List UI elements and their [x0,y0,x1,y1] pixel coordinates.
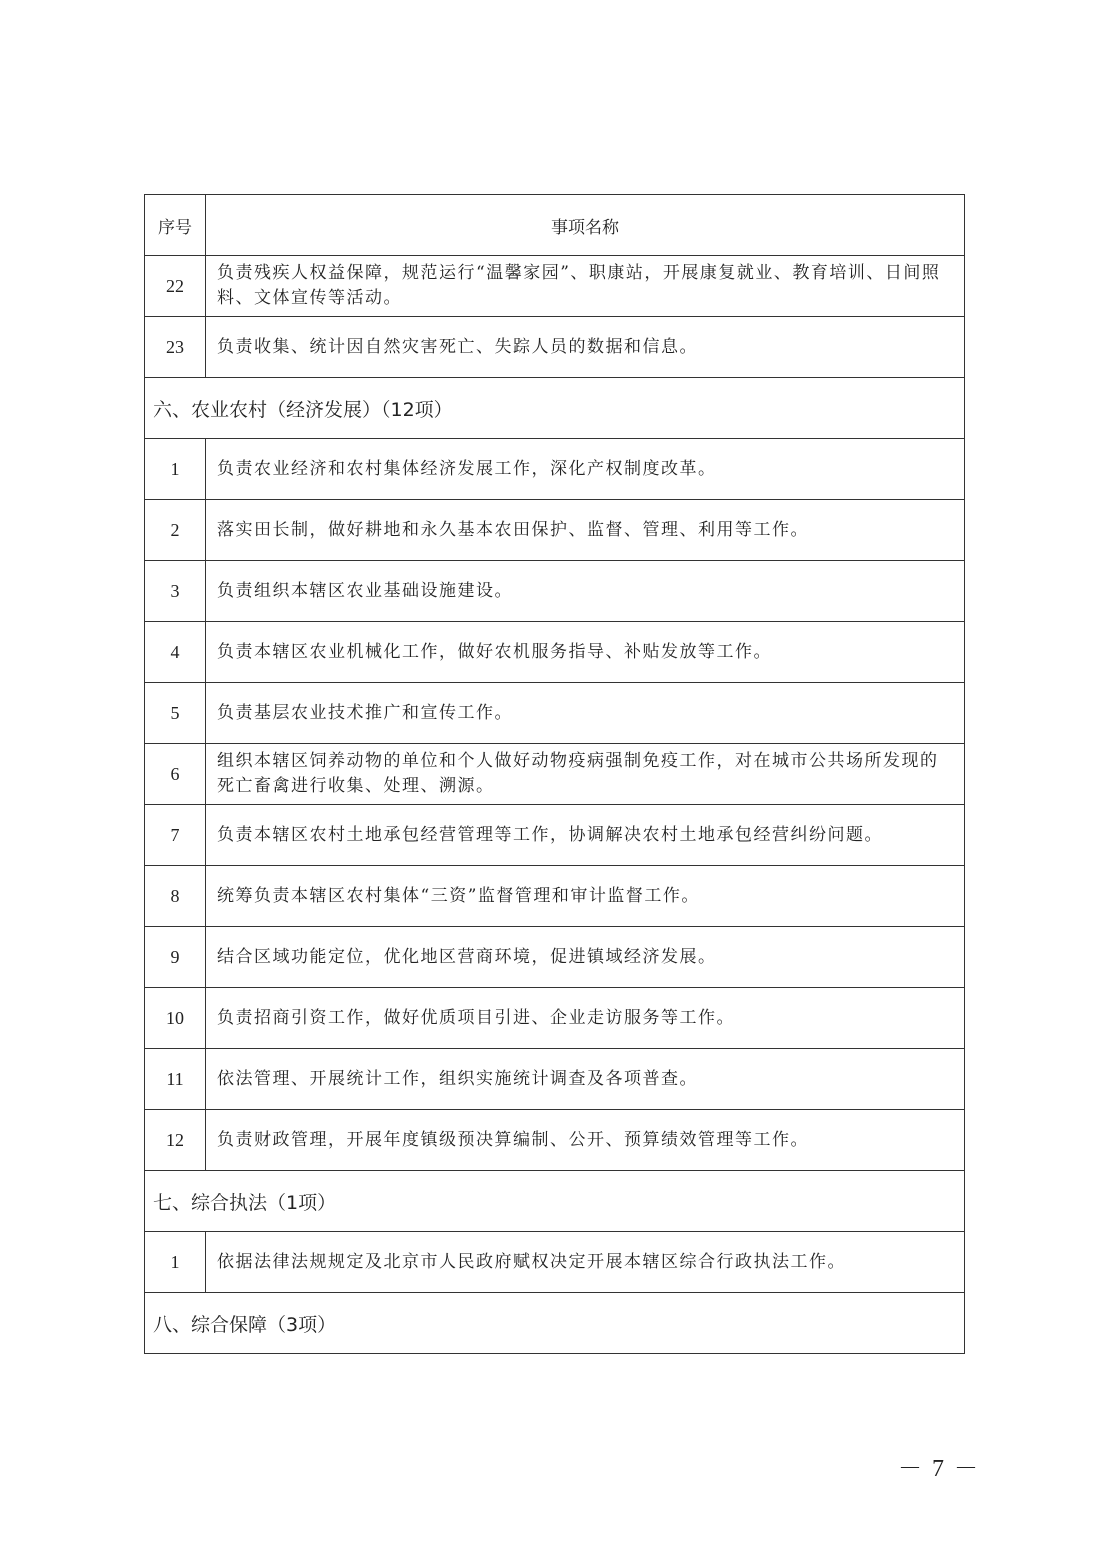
row-text: 依据法律法规规定及北京市人民政府赋权决定开展本辖区综合行政执法工作。 [206,1232,965,1293]
row-no: 3 [145,561,206,622]
row-text: 负责本辖区农业机械化工作，做好农机服务指导、补贴发放等工作。 [206,622,965,683]
table-row: 5负责基层农业技术推广和宣传工作。 [145,683,965,744]
row-no: 11 [145,1049,206,1110]
table-row: 7负责本辖区农村土地承包经营管理等工作，协调解决农村土地承包经营纠纷问题。 [145,805,965,866]
table-row: 9结合区域功能定位，优化地区营商环境，促进镇域经济发展。 [145,927,965,988]
table-row: 22 负责残疾人权益保障，规范运行“温馨家园”、职康站，开展康复就业、教育培训、… [145,256,965,317]
table-row: 2落实田长制，做好耕地和永久基本农田保护、监督、管理、利用等工作。 [145,500,965,561]
table-row: 4负责本辖区农业机械化工作，做好农机服务指导、补贴发放等工作。 [145,622,965,683]
row-text: 负责农业经济和农村集体经济发展工作，深化产权制度改革。 [206,439,965,500]
row-text: 负责收集、统计因自然灾害死亡、失踪人员的数据和信息。 [206,317,965,378]
row-text: 负责招商引资工作，做好优质项目引进、企业走访服务等工作。 [206,988,965,1049]
section-title: 八、综合保障（3项） [145,1293,965,1354]
table-header-row: 序号 事项名称 [145,195,965,256]
row-text: 负责基层农业技术推广和宣传工作。 [206,683,965,744]
row-no: 1 [145,1232,206,1293]
section-heading-8: 八、综合保障（3项） [145,1293,965,1354]
table-row: 11依法管理、开展统计工作，组织实施统计调查及各项普查。 [145,1049,965,1110]
table-row: 1负责农业经济和农村集体经济发展工作，深化产权制度改革。 [145,439,965,500]
row-no: 1 [145,439,206,500]
row-text: 负责财政管理，开展年度镇级预决算编制、公开、预算绩效管理等工作。 [206,1110,965,1171]
row-no: 6 [145,744,206,805]
section-title: 六、农业农村（经济发展）（12项） [145,378,965,439]
row-no: 2 [145,500,206,561]
row-text: 结合区域功能定位，优化地区营商环境，促进镇域经济发展。 [206,927,965,988]
row-no: 8 [145,866,206,927]
row-text: 统筹负责本辖区农村集体“三资”监督管理和审计监督工作。 [206,866,965,927]
row-text: 依法管理、开展统计工作，组织实施统计调查及各项普查。 [206,1049,965,1110]
table-row: 6组织本辖区饲养动物的单位和个人做好动物疫病强制免疫工作，对在城市公共场所发现的… [145,744,965,805]
table-row: 12负责财政管理，开展年度镇级预决算编制、公开、预算绩效管理等工作。 [145,1110,965,1171]
table-row: 3负责组织本辖区农业基础设施建设。 [145,561,965,622]
row-no: 7 [145,805,206,866]
row-no: 23 [145,317,206,378]
row-no: 9 [145,927,206,988]
row-no: 12 [145,1110,206,1171]
table-row: 23 负责收集、统计因自然灾害死亡、失踪人员的数据和信息。 [145,317,965,378]
table-row: 10负责招商引资工作，做好优质项目引进、企业走访服务等工作。 [145,988,965,1049]
section-heading-6: 六、农业农村（经济发展）（12项） [145,378,965,439]
row-no: 5 [145,683,206,744]
table-row: 8统筹负责本辖区农村集体“三资”监督管理和审计监督工作。 [145,866,965,927]
duties-table: 序号 事项名称 22 负责残疾人权益保障，规范运行“温馨家园”、职康站，开展康复… [144,194,965,1354]
row-text: 落实田长制，做好耕地和永久基本农田保护、监督、管理、利用等工作。 [206,500,965,561]
header-name: 事项名称 [206,195,965,256]
row-text: 负责残疾人权益保障，规范运行“温馨家园”、职康站，开展康复就业、教育培训、日间照… [206,256,965,317]
page-number: －7－ [898,1448,988,1483]
row-no: 10 [145,988,206,1049]
row-text: 负责本辖区农村土地承包经营管理等工作，协调解决农村土地承包经营纠纷问题。 [206,805,965,866]
section-title: 七、综合执法（1项） [145,1171,965,1232]
table-row: 1依据法律法规规定及北京市人民政府赋权决定开展本辖区综合行政执法工作。 [145,1232,965,1293]
section-heading-7: 七、综合执法（1项） [145,1171,965,1232]
row-text: 负责组织本辖区农业基础设施建设。 [206,561,965,622]
row-text: 组织本辖区饲养动物的单位和个人做好动物疫病强制免疫工作，对在城市公共场所发现的死… [206,744,965,805]
row-no: 4 [145,622,206,683]
row-no: 22 [145,256,206,317]
header-no: 序号 [145,195,206,256]
